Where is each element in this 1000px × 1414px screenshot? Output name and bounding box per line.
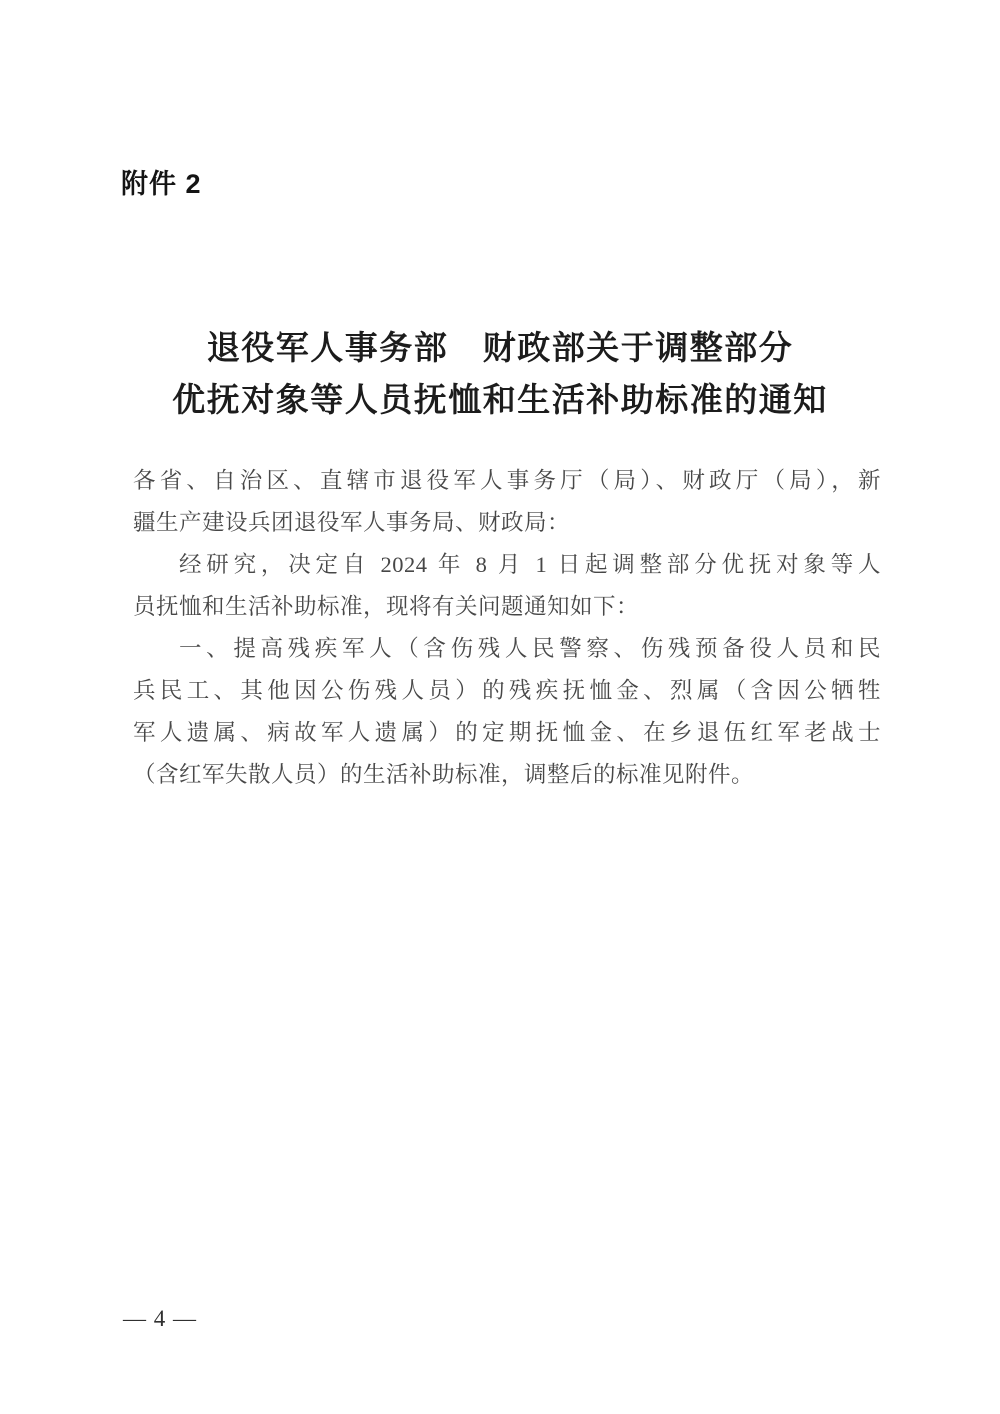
page-number: — 4 — xyxy=(123,1306,197,1332)
document-page: 附件 2 退役军人事务部 财政部关于调整部分 优抚对象等人员抚恤和生活补助标准的… xyxy=(0,0,1000,1414)
body-line: 疆生产建设兵团退役军人事务局、财政局： xyxy=(133,502,881,544)
body-line: 经研究，决定自 2024 年 8 月 1 日起调整部分优抚对象等人 xyxy=(133,544,881,586)
body-line: （含红军失散人员）的生活补助标准，调整后的标准见附件。 xyxy=(133,754,881,796)
document-title: 退役军人事务部 财政部关于调整部分 优抚对象等人员抚恤和生活补助标准的通知 xyxy=(90,323,910,427)
attachment-label: 附件 2 xyxy=(121,162,202,201)
body-line: 一、提高残疾军人（含伤残人民警察、伤残预备役人员和民 xyxy=(133,628,881,670)
body-line: 员抚恤和生活补助标准，现将有关问题通知如下： xyxy=(133,586,881,628)
document-body: 各省、自治区、直辖市退役军人事务厅（局）、财政厅（局），新 疆生产建设兵团退役军… xyxy=(133,460,881,796)
body-line: 军人遗属、病故军人遗属）的定期抚恤金、在乡退伍红军老战士 xyxy=(133,712,881,754)
body-line: 各省、自治区、直辖市退役军人事务厅（局）、财政厅（局），新 xyxy=(133,460,881,502)
title-line-1: 退役军人事务部 财政部关于调整部分 xyxy=(90,323,910,375)
title-line-2: 优抚对象等人员抚恤和生活补助标准的通知 xyxy=(90,375,910,427)
body-line: 兵民工、其他因公伤残人员）的残疾抚恤金、烈属（含因公牺牲 xyxy=(133,670,881,712)
